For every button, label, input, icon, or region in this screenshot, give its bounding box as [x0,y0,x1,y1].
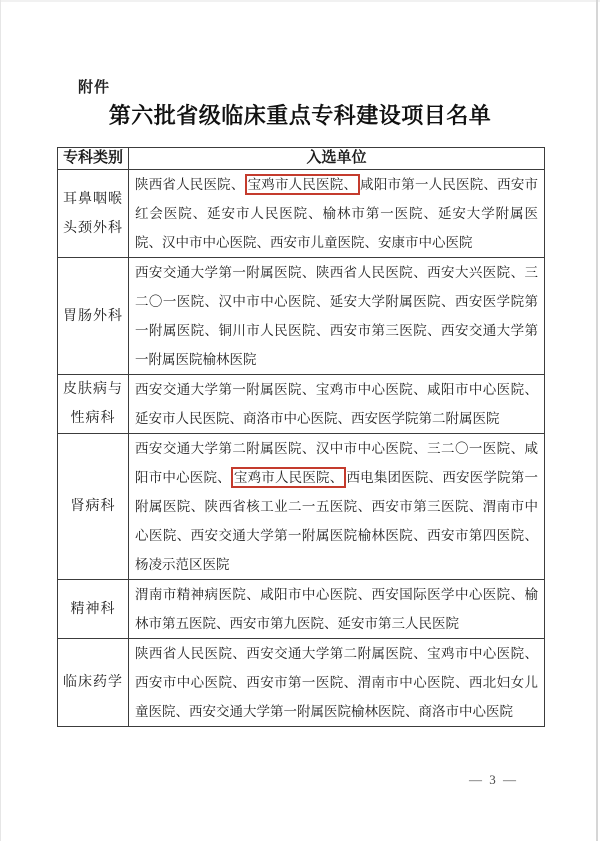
units-cell: 西安交通大学第一附属医院、陕西省人民医院、西安大兴医院、三二〇一医院、汉中市中心… [129,258,545,375]
category-cell: 临床药学 [58,639,129,727]
page-edge-top [0,0,600,2]
category-cell: 耳鼻咽喉头颈外科 [58,170,129,258]
highlighted-unit-red-box: 宝鸡市人民医院、 [231,467,347,488]
table-header-units: 入选单位 [129,148,545,170]
units-cell: 渭南市精神病医院、咸阳市中心医院、西安国际医学中心医院、榆林市第五医院、西安市第… [129,580,545,639]
unit-text: 陕西省人民医院、西安交通大学第二附属医院、宝鸡市中心医院、西安市中心医院、西安市… [135,646,538,719]
table-body: 耳鼻咽喉头颈外科陕西省人民医院、宝鸡市人民医院、咸阳市第一人民医院、西安市红会医… [58,170,545,727]
highlighted-unit-red-box: 宝鸡市人民医院、 [245,174,361,195]
unit-text: 西安交通大学第一附属医院、宝鸡市中心医院、咸阳市中心医院、延安市人民医院、商洛市… [135,382,538,426]
table-row: 胃肠外科西安交通大学第一附属医院、陕西省人民医院、西安大兴医院、三二〇一医院、汉… [58,258,545,375]
table-header-row: 专科类别 入选单位 [58,148,545,170]
units-cell: 西安交通大学第一附属医院、宝鸡市中心医院、咸阳市中心医院、延安市人民医院、商洛市… [129,375,545,434]
table-row: 耳鼻咽喉头颈外科陕西省人民医院、宝鸡市人民医院、咸阳市第一人民医院、西安市红会医… [58,170,545,258]
units-cell: 陕西省人民医院、西安交通大学第二附属医院、宝鸡市中心医院、西安市中心医院、西安市… [129,639,545,727]
category-cell: 皮肤病与性病科 [58,375,129,434]
table-row: 肾病科西安交通大学第二附属医院、汉中市中心医院、三二〇一医院、咸阳市中心医院、宝… [58,434,545,580]
table-row: 精神科渭南市精神病医院、咸阳市中心医院、西安国际医学中心医院、榆林市第五医院、西… [58,580,545,639]
table-row: 皮肤病与性病科西安交通大学第一附属医院、宝鸡市中心医院、咸阳市中心医院、延安市人… [58,375,545,434]
category-cell: 胃肠外科 [58,258,129,375]
category-cell: 精神科 [58,580,129,639]
attachment-label: 附件 [78,76,110,97]
unit-text: 西安交通大学第一附属医院、陕西省人民医院、西安大兴医院、三二〇一医院、汉中市中心… [135,265,538,367]
units-cell: 西安交通大学第二附属医院、汉中市中心医院、三二〇一医院、咸阳市中心医院、宝鸡市人… [129,434,545,580]
document-title: 第六批省级临床重点专科建设项目名单 [0,99,600,130]
units-cell: 陕西省人民医院、宝鸡市人民医院、咸阳市第一人民医院、西安市红会医院、延安市人民医… [129,170,545,258]
page-number: — 3 — [469,772,518,788]
table-header-category: 专科类别 [58,148,129,170]
category-cell: 肾病科 [58,434,129,580]
specialty-table: 专科类别 入选单位 耳鼻咽喉头颈外科陕西省人民医院、宝鸡市人民医院、咸阳市第一人… [57,147,545,727]
unit-text: 陕西省人民医院、 [135,177,245,192]
scanned-document-page: 附件 第六批省级临床重点专科建设项目名单 专科类别 入选单位 耳鼻咽喉头颈外科陕… [0,0,600,841]
table-row: 临床药学陕西省人民医院、西安交通大学第二附属医院、宝鸡市中心医院、西安市中心医院… [58,639,545,727]
unit-text: 渭南市精神病医院、咸阳市中心医院、西安国际医学中心医院、榆林市第五医院、西安市第… [135,587,538,631]
